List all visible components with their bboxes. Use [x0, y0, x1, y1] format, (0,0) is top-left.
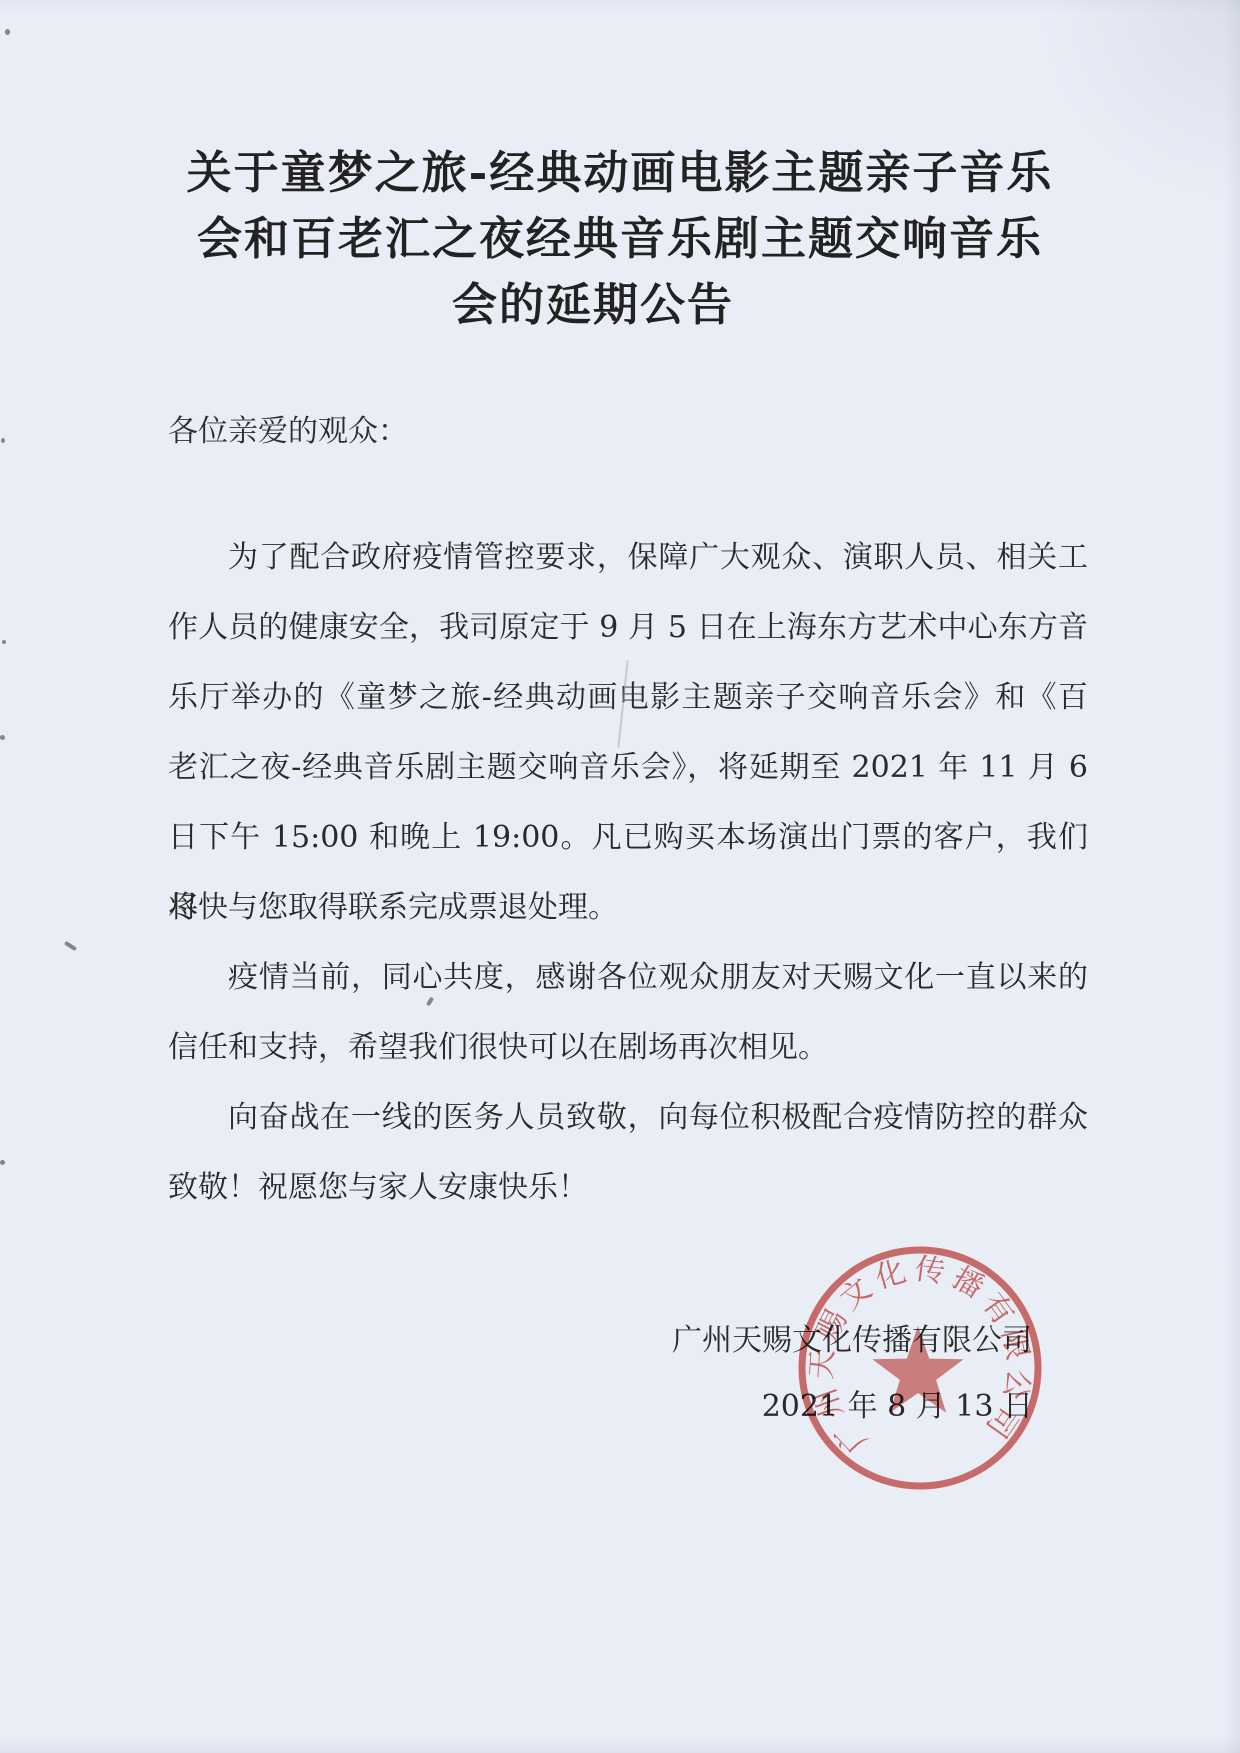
scan-speck — [5, 29, 10, 35]
scan-speck — [2, 640, 6, 644]
scan-speck — [0, 735, 5, 740]
body-line: 日下午 15:00 和晚上 19:00。凡已购买本场演出门票的客户，我们将 — [168, 803, 1088, 873]
title-line-3: 会的延期公告 — [43, 272, 1143, 338]
company-seal-stamp: 广州天赐文化传播有限公司 — [795, 1243, 1045, 1493]
body-line: 信任和支持，希望我们很快可以在剧场再次相见。 — [168, 1013, 1088, 1083]
body-line: 为了配合政府疫情管控要求，保障广大观众、演职人员、相关工 — [168, 523, 1088, 593]
body-line: 向奋战在一线的医务人员致敬，向每位积极配合疫情防控的群众 — [168, 1083, 1088, 1153]
scanned-document-page: 关于童梦之旅-经典动画电影主题亲子音乐 会和百老汇之夜经典音乐剧主题交响音乐 会… — [0, 0, 1240, 1753]
scan-speck — [64, 941, 77, 951]
scan-speck — [1, 438, 5, 443]
document-title: 关于童梦之旅-经典动画电影主题亲子音乐 会和百老汇之夜经典音乐剧主题交响音乐 会… — [70, 140, 1170, 338]
body-line: 乐厅举办的《童梦之旅-经典动画电影主题亲子交响音乐会》和《百 — [168, 663, 1088, 733]
body-line: 致敬！祝愿您与家人安康快乐！ — [168, 1153, 1088, 1223]
title-line-2: 会和百老汇之夜经典音乐剧主题交响音乐 — [70, 206, 1170, 272]
title-line-1: 关于童梦之旅-经典动画电影主题亲子音乐 — [70, 140, 1170, 206]
seal-star-icon — [872, 1326, 963, 1413]
letter-body: 为了配合政府疫情管控要求，保障广大观众、演职人员、相关工 作人员的健康安全，我司… — [168, 523, 1088, 1223]
body-line: 作人员的健康安全，我司原定于 9 月 5 日在上海东方艺术中心东方音 — [168, 593, 1088, 663]
scan-speck — [0, 1160, 5, 1165]
body-line: 尽快与您取得联系完成票退处理。 — [168, 873, 1088, 943]
body-line: 老汇之夜-经典音乐剧主题交响音乐会》，将延期至 2021 年 11 月 6 — [168, 733, 1088, 803]
salutation: 各位亲爱的观众： — [168, 412, 408, 452]
body-line: 疫情当前，同心共度，感谢各位观众朋友对天赐文化一直以来的 — [168, 943, 1088, 1013]
